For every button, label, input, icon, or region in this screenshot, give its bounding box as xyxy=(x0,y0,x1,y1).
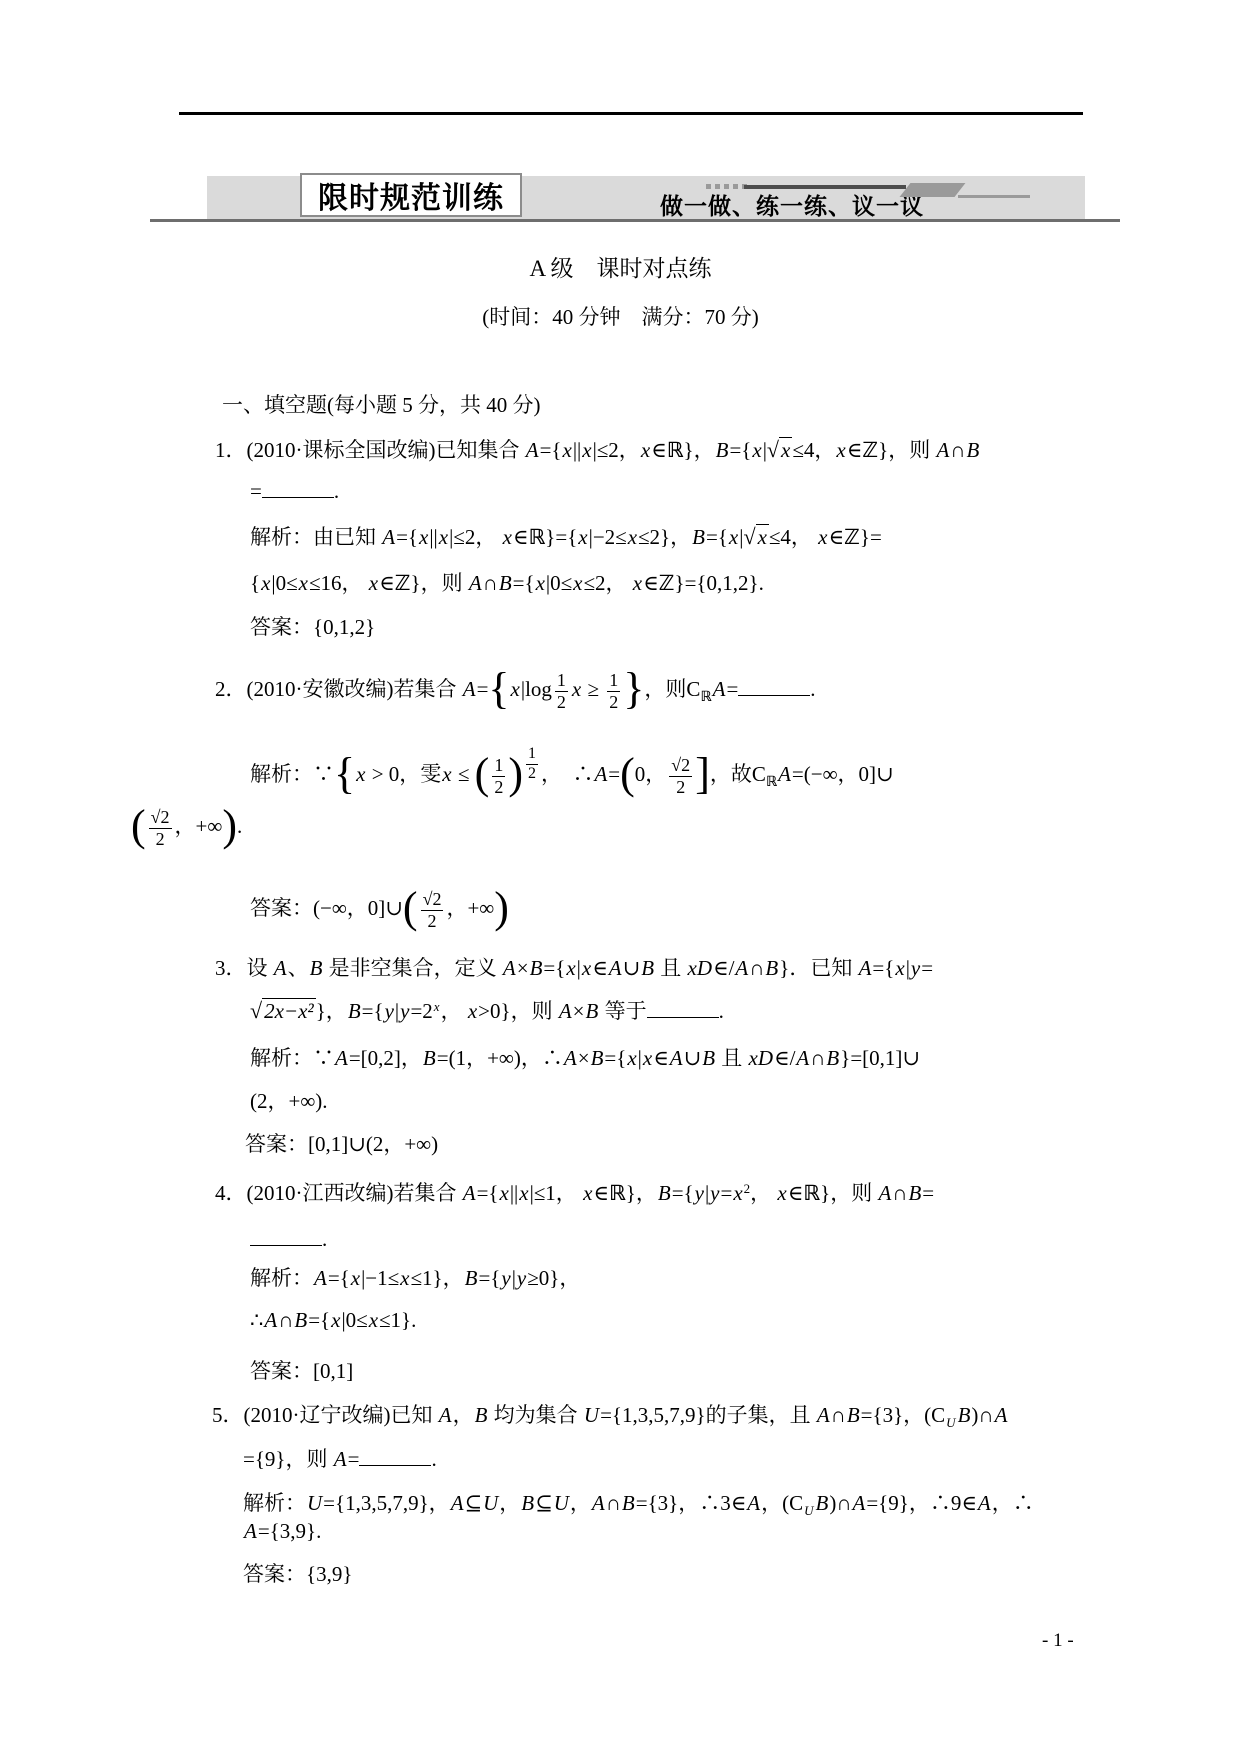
text-run: ， xyxy=(750,1181,776,1205)
text-run: ∩ xyxy=(749,956,764,980)
text-run: 且 xyxy=(655,956,687,980)
math-variable: A xyxy=(450,1491,465,1515)
big-delimiter: ( xyxy=(403,883,418,932)
denominator: 2 xyxy=(494,777,503,798)
math-variable: B xyxy=(309,956,324,980)
text-run: > 0，雯 xyxy=(366,762,441,786)
flag-tail-decoration xyxy=(958,195,1030,198)
text-run: =[0,2]， xyxy=(349,1046,422,1070)
fraction: 12 xyxy=(555,670,568,712)
text-run: 1．(2010·课标全国改编)已知集合 xyxy=(215,438,525,462)
math-variable: A xyxy=(243,1519,258,1543)
text-run: 均为集合 xyxy=(488,1403,583,1427)
math-variable: A xyxy=(593,762,608,786)
text-run: ={ xyxy=(540,438,562,462)
fraction: √22 xyxy=(149,807,172,849)
numerator: 1 xyxy=(526,745,538,764)
text-run: }={ xyxy=(545,525,577,549)
text-run: || xyxy=(573,438,581,462)
text-run: ={1,3,5,7,9}， xyxy=(323,1491,450,1515)
text-run: ∈ xyxy=(788,1181,804,1205)
text-run: }，则 xyxy=(410,571,467,595)
answer-blank xyxy=(738,675,810,696)
text-run: = xyxy=(477,677,489,701)
fraction-exponent: 12 xyxy=(526,745,538,783)
math-variable: B xyxy=(825,1046,840,1070)
math-variable: y xyxy=(709,1181,720,1205)
text-run: 4．(2010·江西改编)若集合 xyxy=(215,1181,462,1205)
text-run: ∪ xyxy=(684,1046,702,1070)
document-line: 3．设 A、B 是非空集合，定义 A×B={x|x∈A∪B 且 xD∈/A∩B}… xyxy=(215,952,933,984)
math-variable: A xyxy=(334,1046,349,1070)
math-variable: x xyxy=(518,1181,529,1205)
denominator: 2 xyxy=(528,765,536,783)
answer-blank xyxy=(359,1445,431,1466)
text-run: 5．(2010·辽宁改编)已知 xyxy=(212,1403,438,1427)
math-variable: A xyxy=(333,1447,348,1471)
text-run: }= xyxy=(860,525,882,549)
text-run: }， xyxy=(684,438,715,462)
text-run: |0≤ xyxy=(341,1308,367,1332)
text-run: ≤4， xyxy=(792,438,835,462)
text-run: ， xyxy=(499,1491,520,1515)
text-run: 答案：{0,1,2} xyxy=(250,615,375,639)
text-run: = xyxy=(922,1181,934,1205)
math-variable: xD xyxy=(748,1046,775,1070)
text-run: ={ xyxy=(706,525,728,549)
math-variable: A xyxy=(313,1266,328,1290)
denominator: 2 xyxy=(428,911,437,932)
math-variable: x xyxy=(298,571,309,595)
text-run: ∈ xyxy=(829,525,845,549)
math-variable: x xyxy=(894,956,905,980)
math-variable: x xyxy=(438,525,449,549)
blackboard-letter: ℝ xyxy=(528,525,545,549)
text-run: |≤2， xyxy=(593,438,640,462)
math-variable: A xyxy=(777,762,792,786)
math-variable: A xyxy=(438,1403,453,1427)
superscript: x xyxy=(433,999,441,1014)
blackboard-subscript: ℝ xyxy=(700,689,711,705)
big-delimiter: { xyxy=(334,749,355,798)
text-run: ≤16， xyxy=(309,571,368,595)
math-variable: x xyxy=(751,438,762,462)
text-run: ，(C xyxy=(761,1491,803,1515)
math-variable: A xyxy=(935,438,950,462)
answer-blank xyxy=(250,1225,322,1246)
math-variable: x xyxy=(632,571,643,595)
text-run: 0， xyxy=(635,762,667,786)
big-delimiter: ) xyxy=(222,801,237,850)
big-delimiter: { xyxy=(488,664,509,713)
math-variable: B xyxy=(464,1266,479,1290)
text-run: ={ xyxy=(872,956,894,980)
document-line: 答案：[0,1] xyxy=(250,1356,353,1386)
banner-title: 限时规范训练 xyxy=(318,173,504,217)
math-variable: B xyxy=(520,1491,535,1515)
header-rule xyxy=(179,112,1083,115)
radical: √x xyxy=(743,525,768,549)
math-variable: A xyxy=(977,1491,992,1515)
text-run: ∴ xyxy=(250,1308,263,1332)
text-run: }，则 xyxy=(878,438,935,462)
document-line: (√22，+∞). xyxy=(131,795,242,857)
blackboard-letter: ℤ xyxy=(844,525,860,549)
text-run: ∩ xyxy=(892,1181,907,1205)
math-variable: B xyxy=(907,1181,922,1205)
fraction: √22 xyxy=(421,889,444,931)
text-run: |0≤ xyxy=(546,571,572,595)
radical: √x xyxy=(767,438,792,462)
text-run: 且 xyxy=(716,1046,748,1070)
math-variable: x xyxy=(776,1181,787,1205)
text-run: |≤1， xyxy=(530,1181,582,1205)
fraction: √22 xyxy=(669,755,692,797)
radicand: 2x−x² xyxy=(262,998,316,1023)
text-run: 是非空集合，定义 xyxy=(323,956,502,980)
text-run: 答案：[0,1] xyxy=(250,1359,353,1383)
math-variable: y xyxy=(384,999,395,1023)
text-run: . xyxy=(334,479,339,503)
document-line: 4．(2010·江西改编)若集合 A={x||x|≤1， x∈ℝ}，B={y|y… xyxy=(215,1177,934,1212)
text-run: . xyxy=(322,1227,327,1251)
math-variable: B xyxy=(657,1181,672,1205)
math-variable: x xyxy=(330,1308,341,1332)
math-variable: x xyxy=(441,762,452,786)
text-run: 解析：由已知 xyxy=(250,525,381,549)
math-variable: x xyxy=(582,1181,593,1205)
math-variable: y xyxy=(500,1266,511,1290)
math-variable: x xyxy=(535,571,546,595)
text-run: 3．设 xyxy=(215,956,273,980)
text-run: = xyxy=(608,762,620,786)
text-run: ≤ xyxy=(453,762,475,786)
math-variable: B xyxy=(621,1491,636,1515)
math-variable: A xyxy=(381,525,396,549)
text-run: 一、填空题(每小题 5 分，共 40 分) xyxy=(222,393,541,417)
blackboard-letter: ℤ xyxy=(659,571,675,595)
text-run: ∈ xyxy=(513,525,529,549)
text-run: ∩ xyxy=(831,1403,846,1427)
text-run: ，+∞ xyxy=(175,814,223,838)
numerator: 1 xyxy=(607,670,620,692)
text-run: ={ xyxy=(362,999,384,1023)
math-variable: B xyxy=(590,1046,605,1070)
document-line: 答案：{0,1,2} xyxy=(250,612,375,642)
math-variable: x xyxy=(581,438,592,462)
math-variable: B xyxy=(715,438,730,462)
math-variable: A xyxy=(558,999,573,1023)
text-run: |−2≤ xyxy=(589,525,627,549)
math-variable: B xyxy=(965,438,980,462)
document-line: 5．(2010·辽宁改编)已知 A，B 均为集合 U={1,3,5,7,9}的子… xyxy=(212,1399,1008,1434)
text-run: 答案：(−∞，0]∪ xyxy=(250,896,403,920)
math-variable: B xyxy=(293,1308,308,1332)
math-variable: x xyxy=(626,1046,637,1070)
text-run: ∩ xyxy=(483,571,498,595)
math-variable: y xyxy=(694,1181,705,1205)
document-line: 解析：∵A=[0,2]，B=(1，+∞)，∴A×B={x|x∈A∪B 且 xD∈… xyxy=(250,1042,920,1074)
numerator: √2 xyxy=(421,889,444,911)
blackboard-letter: ℤ xyxy=(395,571,411,595)
document-line: {x|0≤x≤16， x∈ℤ}，则 A∩B={x|0≤x≤2， x∈ℤ}={0,… xyxy=(250,568,764,598)
blackboard-subscript: ℝ xyxy=(766,774,777,790)
text-run: 解析：∵ xyxy=(250,762,334,786)
big-delimiter: ( xyxy=(131,801,146,850)
text-run: (2，+∞). xyxy=(250,1089,328,1113)
text-run: ⊆ xyxy=(535,1491,553,1515)
math-variable: B xyxy=(691,525,706,549)
radicand: x xyxy=(756,524,769,549)
text-run: >0}，则 xyxy=(478,999,558,1023)
text-run: ={ xyxy=(396,525,418,549)
denominator: 2 xyxy=(609,692,618,713)
text-run: ∩ xyxy=(950,438,965,462)
text-run: |0≤ xyxy=(271,571,297,595)
math-variable: x xyxy=(350,1266,361,1290)
text-run: × xyxy=(573,999,585,1023)
math-variable: x xyxy=(467,999,478,1023)
math-variable: B xyxy=(815,1491,830,1515)
text-run: 解析： xyxy=(250,1266,313,1290)
document-line: 解析：∵{x > 0，雯x ≤ (12)12， ∴A=(0，√22]，故CℝA=… xyxy=(250,742,894,809)
document-line: 一、填空题(每小题 5 分，共 40 分) xyxy=(222,390,541,420)
math-variable: B xyxy=(846,1403,861,1427)
text-run: ∩ xyxy=(810,1046,825,1070)
math-variable: U xyxy=(482,1491,499,1515)
document-line: 答案：(−∞，0]∪(√22，+∞) xyxy=(250,877,509,939)
math-variable: x xyxy=(565,956,576,980)
document-line: =. xyxy=(250,476,339,506)
math-variable: B xyxy=(474,1403,489,1427)
text-run: ={ xyxy=(477,1181,499,1205)
text-run: ∈/ xyxy=(774,1046,795,1070)
blackboard-letter: ℤ xyxy=(862,438,878,462)
math-variable: x xyxy=(835,438,846,462)
text-run: ={3}，(C xyxy=(861,1403,946,1427)
math-variable: xD xyxy=(687,956,714,980)
text-run: ={ xyxy=(513,571,535,595)
time-score-meta: (时间：40 分钟 满分：70 分) xyxy=(0,301,1241,331)
text-run: 答案：{3,9} xyxy=(243,1562,352,1586)
banner-title-box: 限时规范训练 xyxy=(300,173,522,217)
math-variable: A xyxy=(462,1181,477,1205)
text-run: ⊆ xyxy=(465,1491,483,1515)
text-run: ∈/ xyxy=(713,956,734,980)
blackboard-letter: ℝ xyxy=(609,1181,626,1205)
math-variable: x xyxy=(627,525,638,549)
text-run: }=[0,1]∪ xyxy=(840,1046,920,1070)
math-variable: A xyxy=(816,1403,831,1427)
text-run: ={3,9}. xyxy=(258,1519,322,1543)
math-variable: A xyxy=(462,677,477,701)
math-variable: A xyxy=(852,1491,867,1515)
text-run: 、 xyxy=(288,956,309,980)
math-variable: B xyxy=(640,956,655,980)
text-run: =(−∞，0]∪ xyxy=(792,762,894,786)
flag-decoration xyxy=(900,183,966,197)
math-variable: x xyxy=(399,1266,410,1290)
math-variable: B xyxy=(498,571,513,595)
document-line: 1．(2010·课标全国改编)已知集合 A={x||x|≤2，x∈ℝ}，B={x… xyxy=(215,433,980,467)
text-run: |log xyxy=(521,677,552,701)
text-run: }．已知 xyxy=(779,956,857,980)
text-run: ，∴ xyxy=(992,1491,1034,1515)
radical: √2x−x² xyxy=(250,999,316,1023)
text-run: ∩ xyxy=(606,1491,621,1515)
big-delimiter: } xyxy=(623,664,644,713)
math-variable: B xyxy=(764,956,779,980)
answer-blank xyxy=(262,477,334,498)
text-run: . xyxy=(719,999,724,1023)
math-variable: A xyxy=(608,956,623,980)
text-run: ∈ xyxy=(653,1046,669,1070)
text-run: ∈ xyxy=(847,438,863,462)
text-run: =(1，+∞)，∴ xyxy=(437,1046,563,1070)
math-variable: x xyxy=(728,525,739,549)
math-variable: y xyxy=(516,1266,527,1290)
text-run: ≤2， xyxy=(583,571,631,595)
math-variable: A xyxy=(795,1046,810,1070)
text-run: ={3}，∴3∈ xyxy=(636,1491,747,1515)
document-line: (2，+∞). xyxy=(250,1086,328,1116)
denominator: 2 xyxy=(557,692,566,713)
text-run: ∈ xyxy=(593,1181,609,1205)
big-delimiter: ( xyxy=(620,749,635,798)
text-run: { xyxy=(250,571,260,595)
text-run: ，+∞ xyxy=(446,896,494,920)
math-variable: x xyxy=(642,1046,653,1070)
big-delimiter: ) xyxy=(494,883,509,932)
text-run: |−1≤ xyxy=(361,1266,399,1290)
radical-sign: √ xyxy=(250,998,262,1023)
numerator: 1 xyxy=(492,755,505,777)
math-variable: x xyxy=(355,762,366,786)
text-run: = xyxy=(726,677,738,701)
text-run: ∈ xyxy=(651,438,667,462)
math-variable: x xyxy=(732,1181,743,1205)
math-variable: A xyxy=(994,1403,1009,1427)
text-run: = xyxy=(250,479,262,503)
math-variable: x xyxy=(577,525,588,549)
text-run: ∩ xyxy=(278,1308,293,1332)
document-line: √2x−x²}，B={y|y=2x， x>0}，则 A×B 等于. xyxy=(250,993,724,1032)
banner-separator xyxy=(150,219,1120,222)
text-run: 解析：∵ xyxy=(250,1046,334,1070)
document-line: 解析：由已知 A={x||x|≤2， x∈ℝ}={x|−2≤x≤2}，B={x|… xyxy=(250,520,882,554)
text-run: 等于 xyxy=(599,999,646,1023)
math-variable: A xyxy=(502,956,517,980)
subscript: U xyxy=(945,1415,956,1430)
math-variable: A xyxy=(746,1491,761,1515)
math-variable: x xyxy=(418,525,429,549)
text-run: 解析： xyxy=(243,1491,306,1515)
numerator: √2 xyxy=(149,807,172,829)
text-run: = xyxy=(921,956,933,980)
math-variable: U xyxy=(306,1491,323,1515)
math-variable: y xyxy=(399,999,410,1023)
blackboard-letter: ℝ xyxy=(803,1181,820,1205)
math-variable: x xyxy=(502,525,513,549)
superscript: 2 xyxy=(744,1181,751,1196)
text-run: || xyxy=(510,1181,518,1205)
text-run: ，则C xyxy=(644,677,700,701)
math-variable: B xyxy=(529,956,544,980)
text-run: = xyxy=(721,1181,733,1205)
math-variable: B xyxy=(347,999,362,1023)
math-variable: A xyxy=(858,956,873,980)
text-run: ∈ xyxy=(592,956,608,980)
math-variable: A xyxy=(263,1308,278,1332)
text-run: ={9}，则 xyxy=(243,1447,333,1471)
text-run: ≤1}， xyxy=(411,1266,464,1290)
text-run: ={1,3,5,7,9}的子集，且 xyxy=(600,1403,816,1427)
subscript: U xyxy=(803,1503,814,1518)
math-variable: x xyxy=(817,525,828,549)
text-run: ≤4， xyxy=(769,525,817,549)
text-run: ≥ xyxy=(582,677,604,701)
text-run: ， xyxy=(453,1403,474,1427)
document-line: ={9}，则 A=. xyxy=(243,1444,437,1474)
text-run: ={ xyxy=(672,1181,694,1205)
big-delimiter: ) xyxy=(508,749,523,798)
math-variable: U xyxy=(553,1491,570,1515)
text-run: ， xyxy=(441,999,467,1023)
text-run: ={ xyxy=(543,956,565,980)
math-variable: x xyxy=(368,1308,379,1332)
text-run: )∩ xyxy=(971,1403,993,1427)
text-run: ={ xyxy=(729,438,751,462)
document-line: 解析：U={1,3,5,7,9}，A⊆U，B⊆U，A∩B={3}，∴3∈A，(C… xyxy=(243,1488,1034,1521)
text-run: }， xyxy=(316,999,347,1023)
fraction: 12 xyxy=(607,670,620,712)
math-variable: B xyxy=(422,1046,437,1070)
text-run: ≤2}， xyxy=(638,525,691,549)
math-variable: x xyxy=(562,438,573,462)
numerator: √2 xyxy=(669,755,692,777)
radical-sign: √ xyxy=(767,437,779,462)
text-run: ∪ xyxy=(623,956,641,980)
math-variable: A xyxy=(273,956,288,980)
big-delimiter: ] xyxy=(695,749,710,798)
text-run: ={ xyxy=(478,1266,500,1290)
math-variable: x xyxy=(571,677,582,701)
math-variable: y xyxy=(910,956,921,980)
math-variable: x xyxy=(572,571,583,595)
text-run: )∩ xyxy=(829,1491,851,1515)
math-variable: B xyxy=(957,1403,972,1427)
text-run: ≤1}. xyxy=(379,1308,416,1332)
text-run: |≤2， xyxy=(449,525,501,549)
text-run: = xyxy=(348,1447,360,1471)
document-line: 2．(2010·安徽改编)若集合 A={x|log12x ≥ 12}，则CℝA=… xyxy=(215,658,816,723)
math-variable: A xyxy=(669,1046,684,1070)
banner-slogan: 做一做、练一练、议一议 xyxy=(660,188,924,221)
text-run: ={ xyxy=(604,1046,626,1070)
text-run: || xyxy=(429,525,437,549)
document-line: 答案：[0,1]∪(2，+∞) xyxy=(245,1129,438,1159)
document-line: . xyxy=(250,1224,327,1254)
text-run: . xyxy=(237,814,242,838)
text-run: × xyxy=(517,956,529,980)
section-level-title: A 级 课时对点练 xyxy=(0,250,1241,283)
math-variable: x xyxy=(260,571,271,595)
math-variable: x xyxy=(640,438,651,462)
document-line: 答案：{3,9} xyxy=(243,1559,352,1589)
document-line: ∴A∩B={x|0≤x≤1}. xyxy=(250,1305,416,1335)
denominator: 2 xyxy=(156,829,165,850)
math-variable: B xyxy=(701,1046,716,1070)
